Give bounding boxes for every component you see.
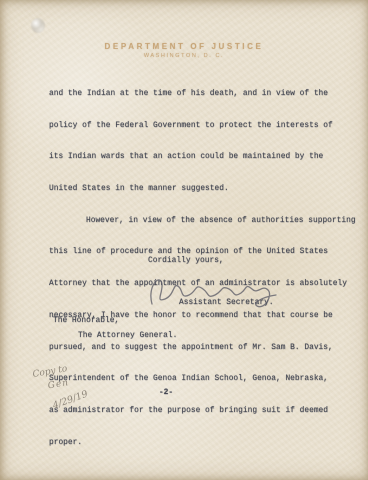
body-line: United States in the manner suggested. xyxy=(49,182,356,198)
letterhead-title: DEPARTMENT OF JUSTICE xyxy=(0,42,368,51)
letter-page: DEPARTMENT OF JUSTICE WASHINGTON, D. C. … xyxy=(0,0,368,480)
body-line: and the Indian at the time of his death,… xyxy=(49,87,356,103)
letterhead: DEPARTMENT OF JUSTICE WASHINGTON, D. C. xyxy=(0,42,368,59)
body-line: its Indian wards that an action could be… xyxy=(49,150,356,166)
closing-salutation: Cordially yours, xyxy=(148,255,224,267)
body-line: However, in view of the absence of autho… xyxy=(49,214,356,230)
pencil-annotation: Copy to Gen 4/29/19 xyxy=(32,358,130,452)
addressee-line-1: The Honorable, xyxy=(53,315,119,327)
letterhead-subtitle: WASHINGTON, D. C. xyxy=(0,53,368,59)
body-line: pursued, and to suggest the appointment … xyxy=(49,341,356,357)
staple-mark xyxy=(31,18,45,33)
body-line: policy of the Federal Government to prot… xyxy=(49,119,356,135)
addressee-line-2: The Attorney General. xyxy=(78,330,177,342)
page-number: -2- xyxy=(0,389,332,397)
signature-script xyxy=(144,270,294,314)
